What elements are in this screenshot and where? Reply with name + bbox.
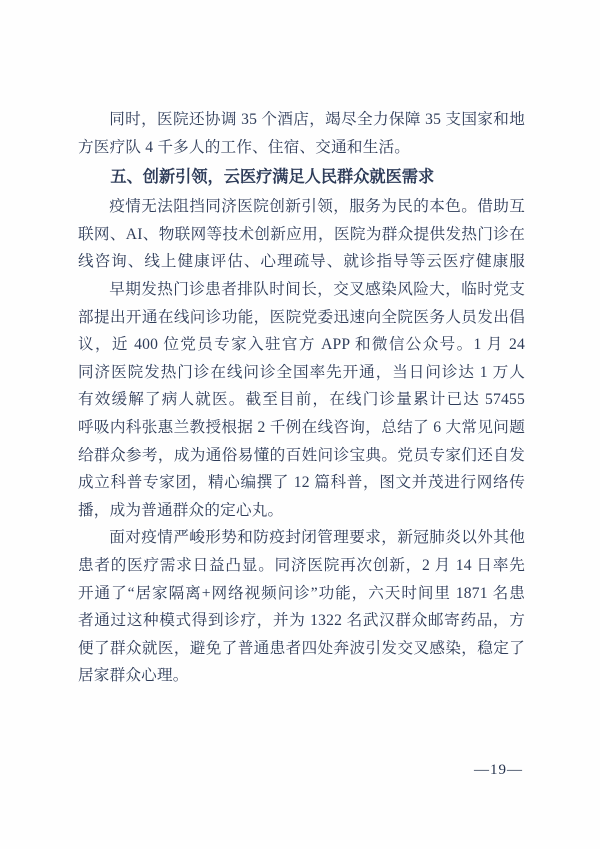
text-line: 便了群众就医，避免了普通患者四处奔波引发交叉感染，稳定了 bbox=[78, 635, 525, 663]
text-line: 部提出开通在线问诊功能，医院党委迅速向全院医务人员发出倡 bbox=[78, 304, 525, 332]
text-line: 面对疫情严峻形势和防疫封闭管理要求，新冠肺炎以外其他 bbox=[78, 524, 525, 552]
page-number: —19— bbox=[474, 760, 523, 780]
text-line: 同济医院发热门诊在线问诊全国率先开通，当日问诊达 1 万人次， bbox=[78, 359, 525, 387]
paragraph-3: 早期发热门诊患者排队时间长，交叉感染风险大，临时党支 部提出开通在线问诊功能，医… bbox=[78, 276, 525, 524]
text-line: 居家群众心理。 bbox=[78, 662, 525, 690]
text-line: 患者的医疗需求日益凸显。同济医院再次创新，2 月 14 日率先 bbox=[78, 552, 525, 580]
section-heading: 五、创新引领，云医疗满足人民群众就医需求 bbox=[78, 163, 525, 191]
paragraph-4: 面对疫情严峻形势和防疫封闭管理要求，新冠肺炎以外其他 患者的医疗需求日益凸显。同… bbox=[78, 524, 525, 690]
document-page: 同时，医院还协调 35 个酒店，竭尽全力保障 35 支国家和地 方医疗队 4 千… bbox=[0, 0, 600, 849]
text-line: 者通过这种模式得到诊疗，并为 1322 名武汉群众邮寄药品，方 bbox=[78, 607, 525, 635]
text-line: 疫情无法阻挡同济医院创新引领，服务为民的本色。借助互 bbox=[78, 193, 525, 221]
text-line: 有效缓解了病人就医。截至目前，在线门诊量累计已达 57455 人。 bbox=[78, 386, 525, 414]
text-line: 开通了“居家隔离+网络视频问诊”功能，六天时间里 1871 名患 bbox=[78, 580, 525, 608]
text-line: 成立科普专家团，精心编撰了 12 篇科普，图文并茂进行网络传 bbox=[78, 469, 525, 497]
text-line: 早期发热门诊患者排队时间长，交叉感染风险大，临时党支 bbox=[78, 276, 525, 304]
text-line: 同时，医院还协调 35 个酒店，竭尽全力保障 35 支国家和地 bbox=[78, 106, 525, 134]
paragraph-1: 同时，医院还协调 35 个酒店，竭尽全力保障 35 支国家和地 方医疗队 4 千… bbox=[78, 106, 525, 161]
text-line: 线咨询、线上健康评估、心理疏导、就诊指导等云医疗健康服务。 bbox=[78, 248, 525, 276]
text-line: 呼吸内科张惠兰教授根据 2 千例在线咨询，总结了 6 大常见问题 bbox=[78, 414, 525, 442]
paragraph-2: 疫情无法阻挡同济医院创新引领，服务为民的本色。借助互 联网、AI、物联网等技术创… bbox=[78, 193, 525, 276]
text-line: 播，成为普通群众的定心丸。 bbox=[78, 497, 525, 525]
text-line: 议，近 400 位党员专家入驻官方 APP 和微信公众号。1 月 24 日， bbox=[78, 331, 525, 359]
text-line: 联网、AI、物联网等技术创新应用，医院为群众提供发热门诊在 bbox=[78, 221, 525, 249]
text-line: 方医疗队 4 千多人的工作、住宿、交通和生活。 bbox=[78, 134, 525, 162]
text-line: 给群众参考，成为通俗易懂的百姓问诊宝典。党员专家们还自发 bbox=[78, 442, 525, 470]
document-body: 同时，医院还协调 35 个酒店，竭尽全力保障 35 支国家和地 方医疗队 4 千… bbox=[78, 106, 525, 690]
